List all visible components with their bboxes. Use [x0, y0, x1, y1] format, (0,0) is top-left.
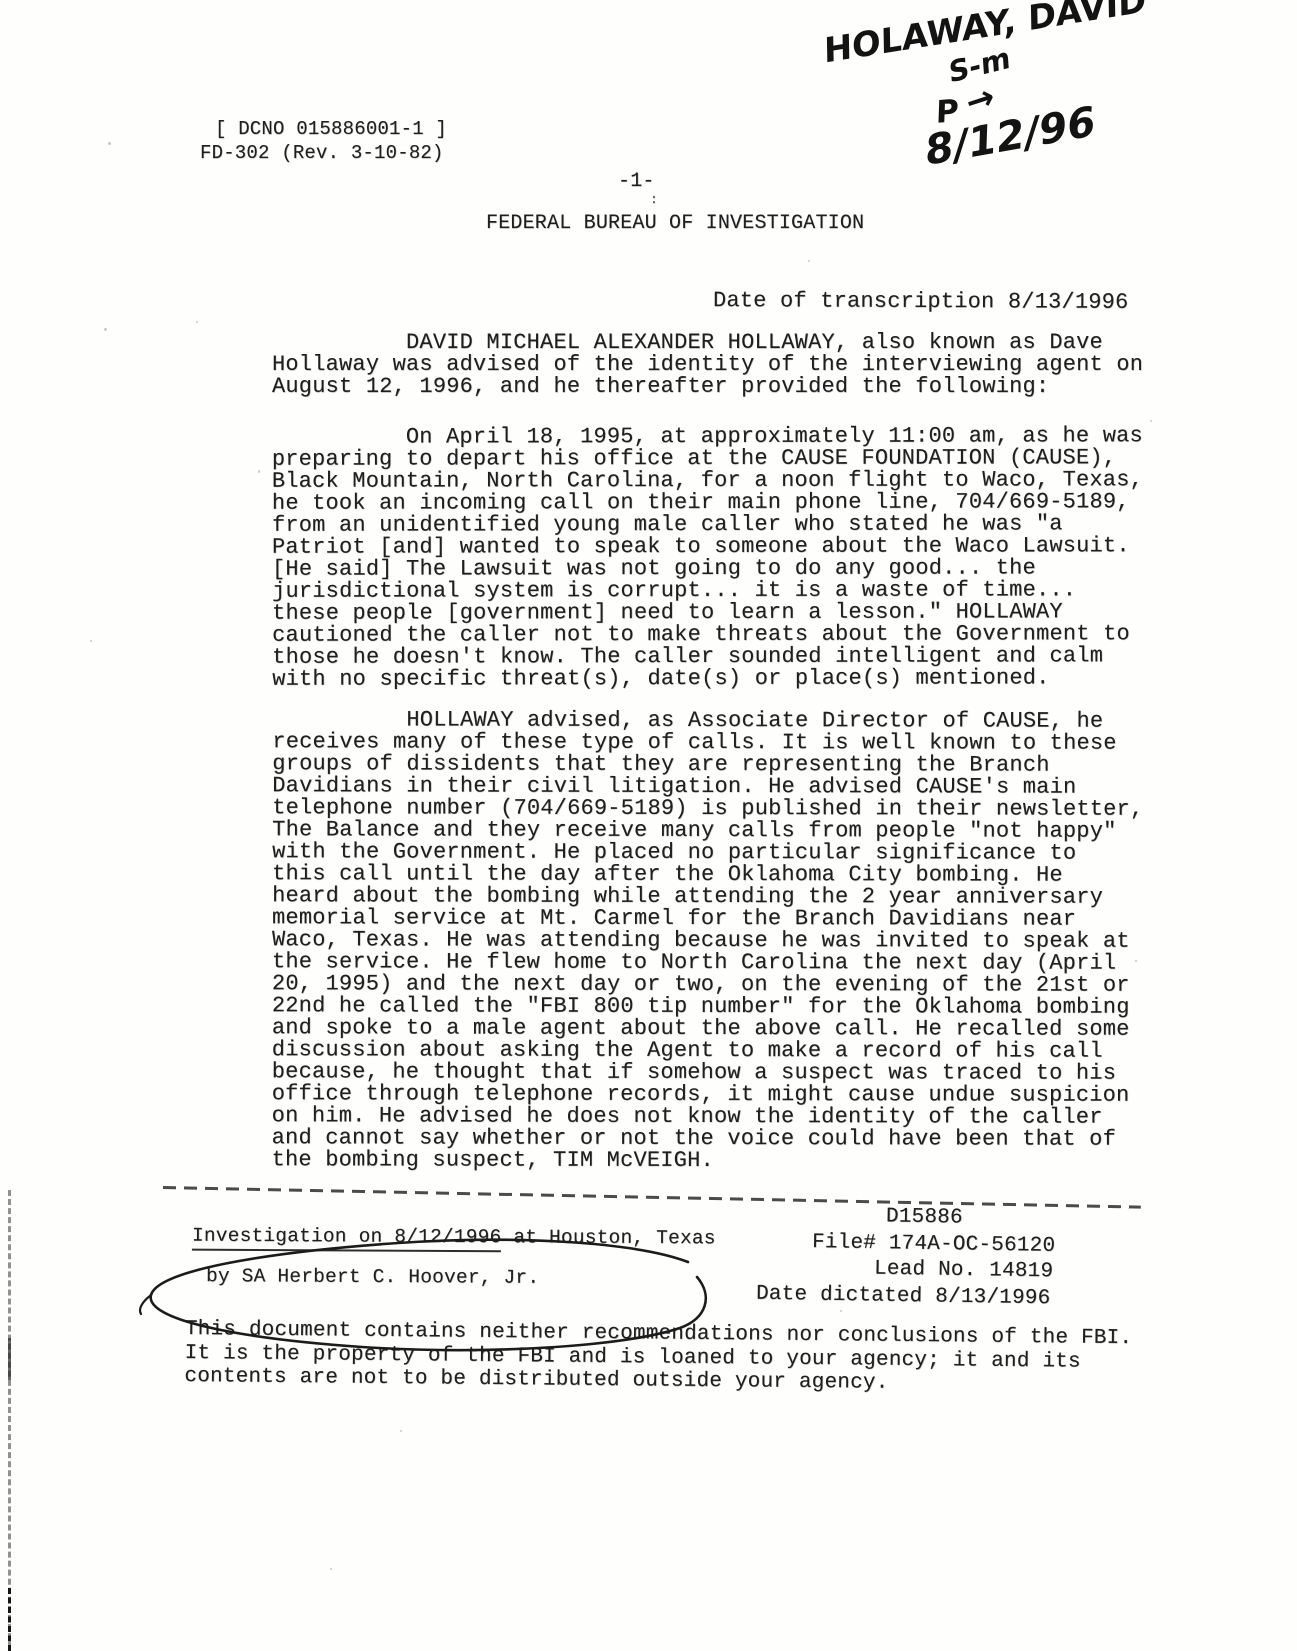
text-line: the bombing suspect, TIM McVEIGH.: [272, 1149, 1152, 1173]
text-line: with no specific threat(s), date(s) or p…: [272, 667, 1152, 691]
scan-speck: [840, 1310, 842, 1312]
investigation-on-line: Investigation on 8/12/1996 at Houston, T…: [192, 1225, 716, 1250]
paragraph-hollaway-advised: HOLLAWAY advised, as Associate Director …: [272, 709, 1153, 1173]
scan-speck: [330, 1568, 332, 1570]
fd302-document-page: [ DCNO 015886001-1 ] FD-302 (Rev. 3-10-8…: [0, 0, 1297, 1651]
scan-speck: [196, 321, 198, 323]
investigating-agent-line: by SA Herbert C. Hoover, Jr.: [206, 1265, 539, 1289]
scan-speck: [258, 470, 260, 473]
scan-speck: [108, 142, 111, 145]
text-line: Hollaway was advised of the identity of …: [272, 354, 1152, 376]
page-number: -1-: [618, 170, 655, 193]
dashed-separator: [163, 1186, 1141, 1209]
file-number: File# 174A-OC-56120: [812, 1231, 1056, 1258]
scan-speck: [1150, 420, 1152, 422]
date-dictated: Date dictated 8/13/1996: [756, 1283, 1051, 1311]
scan-speck: [1135, 960, 1137, 962]
text-line: DAVID MICHAEL ALEXANDER HOLLAWAY, also k…: [272, 332, 1152, 354]
scan-speck: [104, 328, 107, 331]
date-of-transcription: Date of transcription 8/13/1996: [713, 288, 1129, 315]
form-number: FD-302 (Rev. 3-10-82): [200, 142, 444, 164]
scan-speck: [400, 1430, 402, 1432]
agency-title: FEDERAL BUREAU OF INVESTIGATION: [486, 212, 864, 235]
document-stamp-number: D15886: [886, 1205, 963, 1229]
investigation-date-underlined: Investigation on 8/12/1996: [192, 1225, 502, 1253]
scan-edge-artifact-dark: [8, 1338, 11, 1380]
scan-edge-artifact-dark: [8, 1588, 14, 1651]
scan-speck: [808, 260, 810, 262]
dcno-control-number: [ DCNO 015886001-1 ]: [215, 118, 447, 140]
text-line: August 12, 1996, and he thereafter provi…: [272, 376, 1152, 398]
paragraph-call-description: On April 18, 1995, at approximately 11:0…: [272, 425, 1152, 691]
investigation-location: at Houston, Texas: [501, 1226, 715, 1249]
lead-number: Lead No. 14819: [874, 1258, 1054, 1284]
scan-edge-artifact: [8, 1190, 11, 1648]
page-number-mark: :: [650, 192, 658, 207]
fbi-disclaimer: This document contains neither recommend…: [184, 1318, 1132, 1398]
paragraph-intro: DAVID MICHAEL ALEXANDER HOLLAWAY, also k…: [272, 332, 1152, 398]
scan-speck: [90, 640, 92, 642]
